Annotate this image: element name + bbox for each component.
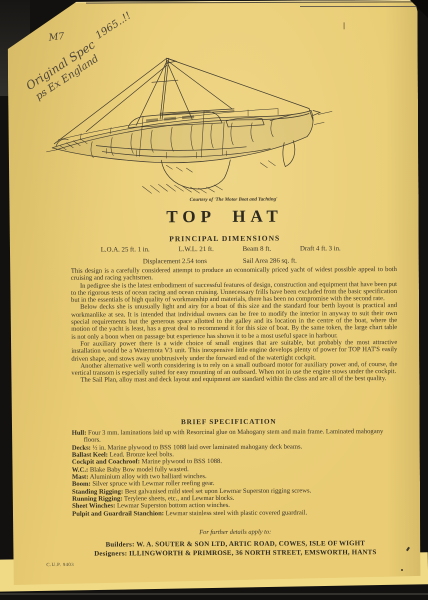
spec-item-text: Best galvanised mild steel set upon Lewm… xyxy=(125,487,311,495)
spec-item-text: Four 3 mm. laminations laid up with Reso… xyxy=(84,428,384,444)
spec-list: Hull: Four 3 mm. laminations laid up wit… xyxy=(72,428,398,522)
spec-item-label: Running Rigging: xyxy=(72,496,122,503)
spec-item-label: Cockpit and Coachroof: xyxy=(72,459,140,466)
spec-item: Hull: Four 3 mm. laminations laid up wit… xyxy=(72,428,398,444)
spec-item-label: Mast: xyxy=(72,474,89,481)
spec-item-label: W.C.: xyxy=(72,466,88,473)
spec-item-text: Blake Baby Bow model fully wasted. xyxy=(90,466,189,474)
scan-speck xyxy=(401,569,403,571)
dimension-value: L.W.L. 21 ft. xyxy=(179,246,214,253)
body-text: This design is a carefully considered at… xyxy=(71,266,398,418)
spec-item-label: Hull: xyxy=(72,430,87,437)
spec-item-label: Ballast Keel: xyxy=(72,452,108,459)
spec-item-text: Lead. Bronze keel bolts. xyxy=(110,451,174,458)
brief-specification-heading: BRIEF SPECIFICATION xyxy=(72,417,398,427)
spec-item-label: Sheet Winches: xyxy=(72,503,115,510)
dimension-value: L.O.A. 25 ft. 1 in. xyxy=(101,246,150,253)
scan-speck xyxy=(344,22,345,29)
scanned-document: M7 Original Spec1965..!! ps Ex England xyxy=(0,0,428,600)
designers-line: Designers: ILLINGWORTH & PRIMROSE, 36 NO… xyxy=(72,549,398,558)
stacked-sheet-edge xyxy=(300,6,418,7)
document-page: M7 Original Spec1965..!! ps Ex England xyxy=(7,0,420,585)
spec-item: Pulpit and Guardrail Stanchion: Lewmar s… xyxy=(72,509,398,518)
spec-item-text: Lewmar stainless steel with plastic cove… xyxy=(166,509,308,517)
spec-item-label: Decks: xyxy=(72,444,91,451)
builders-line: Builders: W. A. SOUTER & SON LTD, ARTIC … xyxy=(72,540,398,549)
dimensions-row-2: Displacement 2.54 tonsSail Area 286 sq. … xyxy=(143,258,297,266)
print-code: C.U.P. 9403 xyxy=(46,563,74,568)
scanner-edge-line xyxy=(0,593,428,595)
yacht-cutaway-illustration xyxy=(46,54,335,202)
body-paragraph: For auxiliary power there is a wide choi… xyxy=(71,339,397,363)
body-paragraph: Below decks she is unusually light and a… xyxy=(71,303,397,341)
spec-item-label: Boom: xyxy=(72,481,91,488)
spec-item-text: ½ in. Marine plywood to BSS 1088 laid ov… xyxy=(92,443,302,451)
dimension-value: Displacement 2.54 tons xyxy=(143,258,207,265)
further-details-line: For further details apply to: xyxy=(72,528,398,537)
dimension-value: Beam 8 ft. xyxy=(243,246,272,253)
illustration-caption: Courtesy of 'The Motor Boat and Yachting… xyxy=(100,197,367,203)
principal-dimensions-heading: PRINCIPAL DIMENSIONS xyxy=(71,233,397,244)
body-paragraph: In pedigree she is the latest embodiment… xyxy=(71,281,397,305)
dimension-value: Sail Area 286 sq. ft. xyxy=(243,258,297,265)
spec-item-label: Pulpit and Guardrail Stanchion: xyxy=(72,510,164,517)
body-paragraph: The Sail Plan, alloy mast and deck layou… xyxy=(71,375,397,384)
spec-item-label: Standing Rigging: xyxy=(72,488,123,495)
dimensions-row-1: L.O.A. 25 ft. 1 in.L.W.L. 21 ft.Beam 8 f… xyxy=(101,245,341,253)
dimension-value: Draft 4 ft. 3 in. xyxy=(300,245,341,252)
spec-item-text: Marine plywood to BSS 1088. xyxy=(142,458,222,465)
page-title: TOP HAT xyxy=(71,206,397,228)
handwritten-corner-code: M7 xyxy=(48,31,65,44)
